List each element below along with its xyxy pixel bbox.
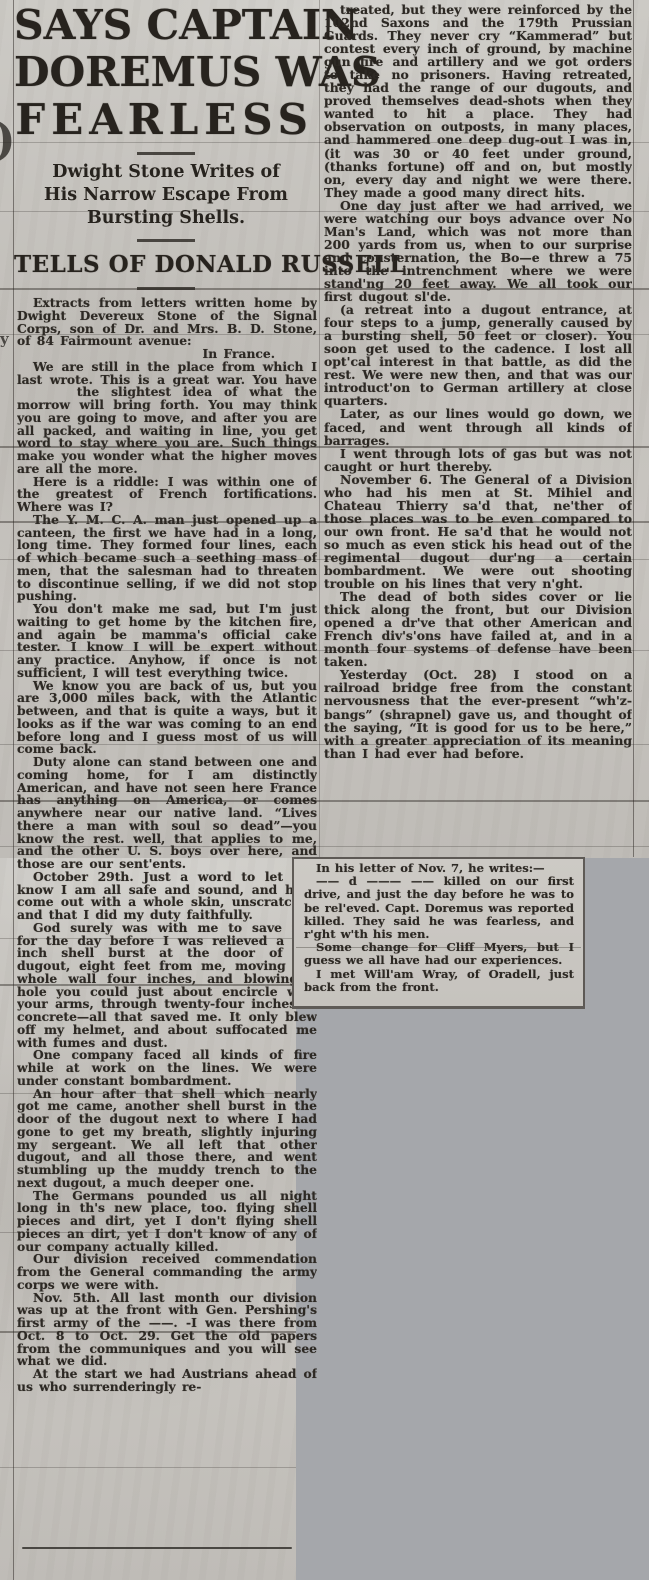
paragraph: Duty alone can stand between one and com… (17, 756, 317, 871)
paragraph: —— d ——— —— killed on our first drive, a… (304, 875, 574, 941)
paragraph: Extracts from letters written home by Dw… (17, 297, 317, 348)
divider-dash (137, 287, 195, 290)
paragraph: We are still in the place from which I l… (17, 361, 317, 476)
article-left-column: Extracts from letters written home by Dw… (17, 297, 317, 1545)
paragraph: One day just after we had arrived, we we… (324, 199, 632, 303)
paragraph: (a retreat into a dugout entrance, at fo… (324, 303, 632, 407)
inset-text: In his letter of Nov. 7, he writes:——— d… (304, 862, 574, 994)
headline-line-1: SAYS CAPTAIN (14, 2, 318, 49)
right-column-rule (633, 0, 634, 857)
paragraph: Nov. 5th. All last month our division wa… (17, 1292, 317, 1369)
center-column-rule (319, 0, 320, 857)
paragraph: Our division received commendation from … (17, 1253, 317, 1291)
paragraph: Yesterday (Oct. 28) I stood on a railroa… (324, 668, 632, 759)
deck-headline: Dwight Stone Writes of His Narrow Escape… (34, 161, 298, 230)
paragraph: One company faced all kinds of fire whil… (17, 1049, 317, 1087)
fold-line (296, 947, 581, 948)
article-end-rule (22, 1547, 292, 1549)
sub-headline: TELLS OF DONALD RUSSELL (14, 251, 318, 278)
paragraph: You don't make me sad, but I'm just wait… (17, 603, 317, 680)
paragraph: The Germans pounded us all night long in… (17, 1190, 317, 1254)
paragraph: I met Will'am Wray, of Oradell, just bac… (304, 968, 574, 994)
paragraph: October 29th. Just a word to let you kno… (17, 871, 317, 922)
paragraph: The dead of both sides cover or lie thic… (324, 590, 632, 668)
clipping-inset-piece: In his letter of Nov. 7, he writes:——— d… (292, 857, 585, 1009)
divider-dash (137, 152, 195, 155)
paragraph: I went through lots of gas but was not c… (324, 447, 632, 473)
headline-line-3: FEARLESS (14, 96, 318, 143)
paragraph: Some change for Cliff Myers, but I guess… (304, 941, 574, 967)
divider-dash (137, 239, 195, 242)
headline-block: SAYS CAPTAIN DOREMUS WAS FEARLESS Dwight… (14, 2, 318, 296)
paragraph: At the start we had Austrians ahead of u… (17, 1368, 317, 1394)
paragraph: God surely was with me to save me, for t… (17, 922, 317, 1050)
paragraph: An hour after that shell which nearly go… (17, 1088, 317, 1190)
newspaper-scan: ) y SAYS CAPTAIN DOREMUS WAS FEARLESS Dw… (0, 0, 649, 1580)
margin-fragment: y (0, 330, 9, 348)
paragraph: Here is a riddle: I was within one of th… (17, 476, 317, 514)
paragraph: Later, as our lines would go down, we fa… (324, 407, 632, 446)
paragraph: The Y. M. C. A. man just opened up a can… (17, 514, 317, 603)
paragraph: treated, but they were reinforced by the… (324, 3, 632, 199)
article-right-column: treated, but they were reinforced by the… (324, 3, 632, 855)
headline-line-2: DOREMUS WAS (14, 49, 318, 96)
paragraph: We know you are back of us, but you are … (17, 680, 317, 757)
paragraph: November 6. The General of a Division wh… (324, 473, 632, 590)
